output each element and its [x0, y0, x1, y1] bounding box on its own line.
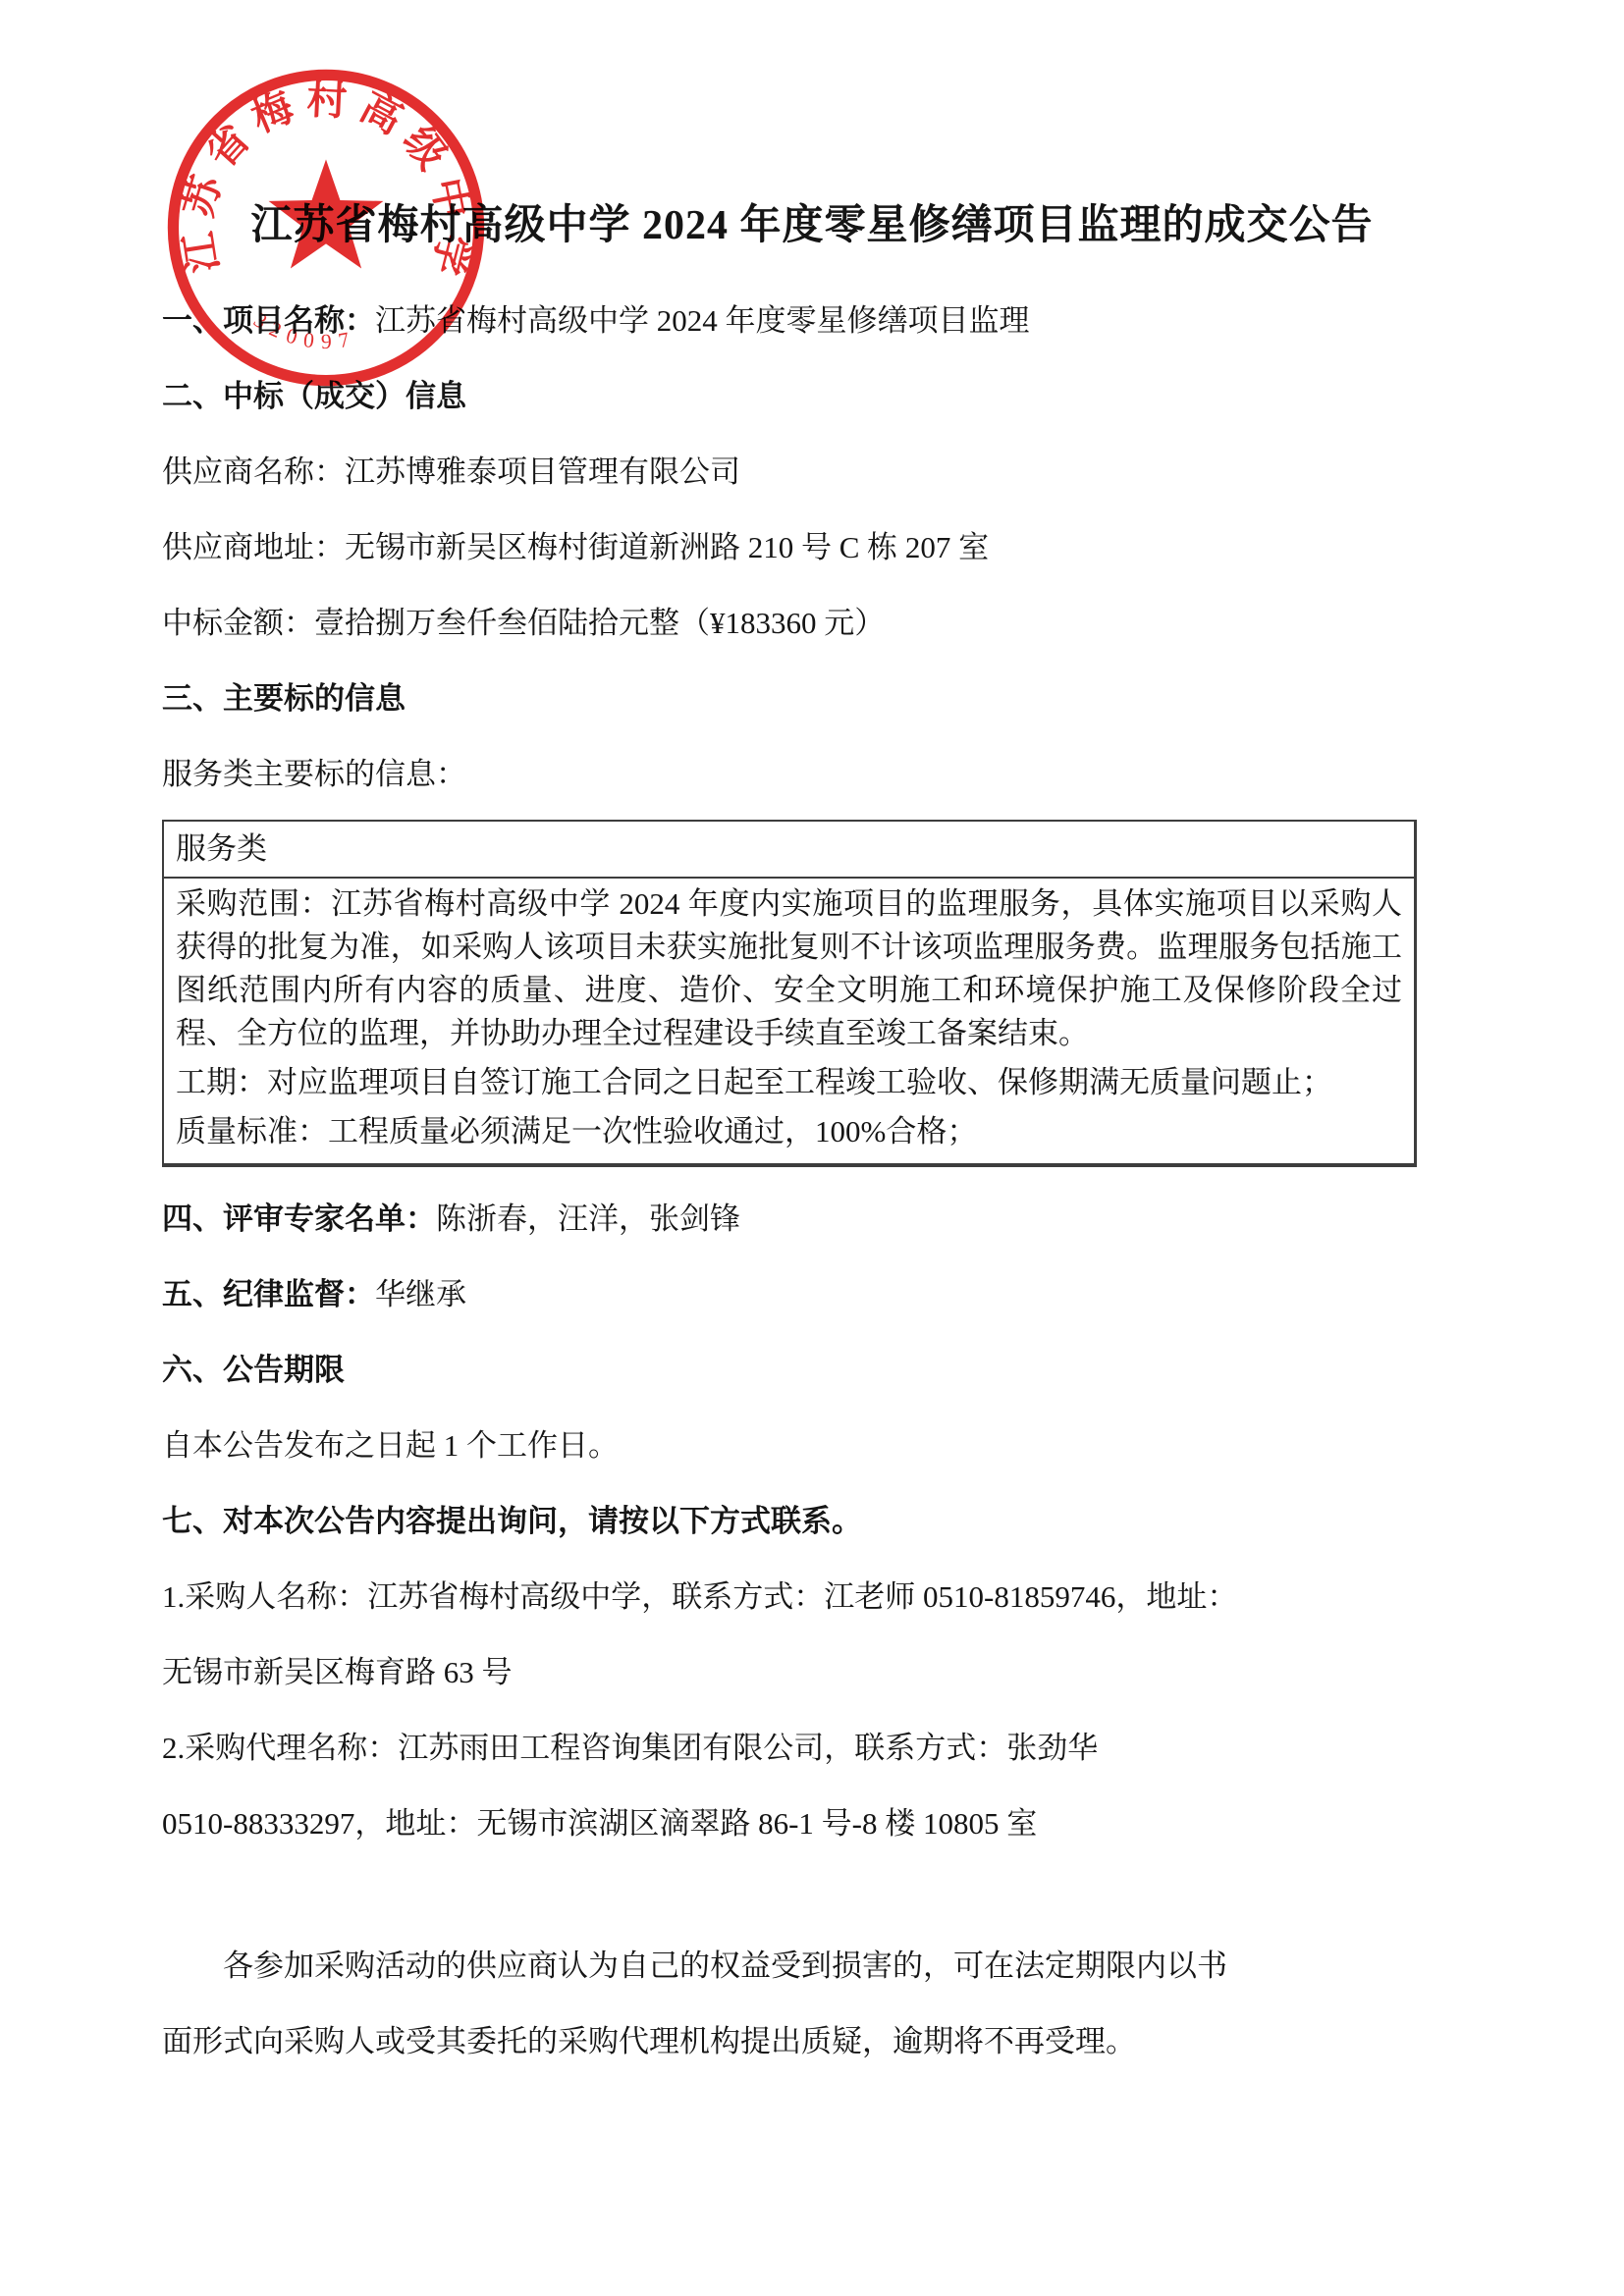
scope-paragraph: 采购范围：江苏省梅村高级中学 2024 年度内实施项目的监理服务，具体实施项目以…: [176, 882, 1402, 1055]
discipline-supervisor: 华继承: [375, 1277, 466, 1311]
section-1-value: 江苏省梅村高级中学 2024 年度零星修缮项目监理: [375, 303, 1030, 338]
quality-paragraph: 质量标准：工程质量必须满足一次性验收通过，100%合格；: [176, 1110, 1402, 1153]
table-header-cell: 服务类: [164, 822, 1414, 879]
section-5-line: 五、纪律监督：华继承: [162, 1256, 1462, 1332]
service-intro-line: 服务类主要标的信息：: [162, 736, 1462, 812]
expert-list: 陈浙春，汪洋，张剑锋: [436, 1201, 740, 1236]
duration-paragraph: 工期：对应监理项目自签订施工合同之日起至工程竣工验收、保修期满无质量问题止；: [176, 1061, 1402, 1104]
section-5-label: 五、纪律监督：: [162, 1277, 375, 1311]
section-4-line: 四、评审专家名单：陈浙春，汪洋，张剑锋: [162, 1181, 1462, 1256]
section-6-heading: 六、公告期限: [162, 1332, 1462, 1408]
section-1-label: 一、项目名称：: [162, 303, 375, 338]
supplier-name-line: 供应商名称：江苏博雅泰项目管理有限公司: [162, 434, 1462, 509]
section-3-heading: 三、主要标的信息: [162, 661, 1462, 736]
purchaser-contact-line-2: 无锡市新吴区梅育路 63 号: [162, 1634, 1462, 1710]
document-page: 江苏省梅村高级中学 320097 江苏省梅村高级中学 2024 年度零星修缮项目…: [0, 0, 1624, 2296]
closing-paragraph-line-1: 各参加采购活动的供应商认为自己的权益受到损害的，可在法定期限内以书: [162, 1928, 1462, 2003]
purchaser-contact-line-1: 1.采购人名称：江苏省梅村高级中学，联系方式：江老师 0510-81859746…: [162, 1559, 1462, 1634]
section-4-label: 四、评审专家名单：: [162, 1201, 436, 1236]
closing-paragraph-line-2: 面形式向采购人或受其委托的采购代理机构提出质疑，逾期将不再受理。: [162, 2003, 1462, 2079]
document-title: 江苏省梅村高级中学 2024 年度零星修缮项目监理的成交公告: [162, 194, 1462, 257]
announcement-period-line: 自本公告发布之日起 1 个工作日。: [162, 1408, 1462, 1483]
award-amount-line: 中标金额：壹拾捌万叁仟叁佰陆拾元整（¥183360 元）: [162, 585, 1462, 661]
section-7-heading: 七、对本次公告内容提出询问，请按以下方式联系。: [162, 1483, 1462, 1559]
agent-contact-line-2: 0510-88333297，地址：无锡市滨湖区滴翠路 86-1 号-8 楼 10…: [162, 1786, 1462, 1861]
agent-contact-line-1: 2.采购代理名称：江苏雨田工程咨询集团有限公司，联系方式：张劲华: [162, 1710, 1462, 1786]
supplier-address-line: 供应商地址：无锡市新吴区梅村街道新洲路 210 号 C 栋 207 室: [162, 509, 1462, 585]
table-body-cell: 采购范围：江苏省梅村高级中学 2024 年度内实施项目的监理服务，具体实施项目以…: [164, 879, 1414, 1163]
service-table: 服务类 采购范围：江苏省梅村高级中学 2024 年度内实施项目的监理服务，具体实…: [162, 820, 1417, 1167]
section-1-line: 一、项目名称：江苏省梅村高级中学 2024 年度零星修缮项目监理: [162, 283, 1462, 358]
section-2-heading: 二、中标（成交）信息: [162, 358, 1462, 434]
